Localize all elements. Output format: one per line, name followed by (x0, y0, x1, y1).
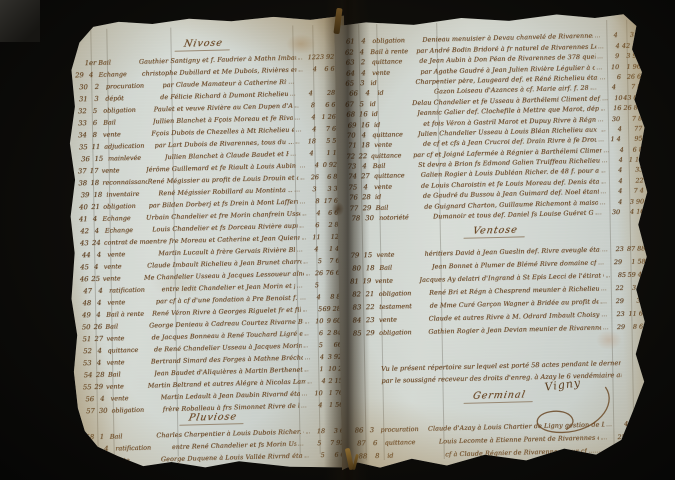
entry-day: 2 (356, 59, 369, 66)
act-type: vente (102, 263, 148, 271)
fee-column-1: 5 (311, 452, 325, 459)
act-type: Bail à rente (104, 310, 152, 318)
entry-number: 41 (75, 216, 89, 223)
entry-day: 1er (85, 60, 97, 67)
entry-number: 49 (78, 312, 93, 319)
entry-day: 4 (357, 70, 370, 77)
dotted-leader (305, 358, 309, 359)
entry-number: 79 (344, 252, 361, 259)
entry-day: 28 (360, 194, 373, 201)
fee-column-1: 26 (306, 174, 319, 181)
fee-column-1: 4 (308, 210, 320, 217)
dotted-leader (601, 182, 606, 183)
entry-day: 18 (363, 265, 378, 272)
act-description: Dumanoir et tous def. Daniel fs Louise G… (433, 210, 594, 221)
act-type: contrat de mar. (102, 239, 149, 247)
fee-column-1: 5 (305, 440, 321, 447)
fee-column-2: 7 6 (316, 126, 337, 134)
fee-column-1: 4 (304, 246, 319, 253)
fee-column-1: 85 (612, 272, 626, 279)
entry-day: 4 (94, 288, 107, 295)
fee-column-1: 4 (306, 162, 319, 169)
dotted-leader (601, 302, 606, 303)
entry-number: 52 (79, 348, 94, 355)
fee-column-1: 4 (598, 84, 616, 91)
act-type: id (367, 100, 412, 108)
entry-day: 4 (360, 90, 376, 97)
entry-number: 65 (340, 80, 356, 87)
entry-day: 4 (93, 312, 105, 319)
dotted-leader (299, 70, 303, 71)
dotted-leader (302, 394, 307, 395)
entry-number: 54 (79, 372, 94, 379)
dotted-leader (304, 370, 308, 371)
entry-number: 62 (339, 49, 355, 56)
fee-column-1: 30 (605, 115, 620, 122)
dotted-leader (302, 238, 306, 239)
act-type: obligation (109, 406, 162, 414)
entry-day: 4 (91, 264, 102, 271)
entry-day: 28 (94, 372, 106, 379)
fee-column-1: 4 (314, 378, 326, 385)
fee-column-1: 4 (608, 126, 622, 133)
entry-number: 60 (82, 458, 98, 465)
dotted-leader (602, 250, 607, 251)
act-type: vente (105, 298, 156, 306)
fee-column-2: 1 58 (622, 258, 647, 266)
entry-number: 85 (346, 330, 363, 337)
fee-column-1: 10 (311, 318, 323, 325)
fee-column-1: 6 (306, 222, 319, 229)
fee-column-1: 4 (607, 199, 622, 206)
dotted-leader (601, 172, 606, 173)
fee-column-1: 11 (308, 234, 321, 241)
dotted-leader (301, 406, 306, 407)
act-type: vente (377, 316, 429, 324)
act-type: quittance (370, 131, 418, 139)
entry-number: 61 (339, 39, 357, 46)
entry-number: 48 (77, 300, 93, 307)
act-type: obligation (370, 37, 422, 45)
act-type: Bail (108, 432, 157, 440)
dotted-leader (305, 322, 309, 323)
act-type: adjudication (102, 142, 155, 150)
dotted-leader (300, 298, 305, 299)
fee-column-1: 5 (309, 306, 322, 313)
fee-column-1: 22 (608, 285, 624, 292)
dotted-leader (602, 315, 607, 316)
entry-day: 24 (91, 240, 102, 247)
entry-day: 16 (358, 122, 372, 129)
entry-day: 18 (359, 142, 373, 149)
fee-column-2: 3 3 (316, 186, 338, 194)
entry-number: 30 (72, 84, 90, 91)
entry-number: 57 (80, 408, 97, 415)
month-header-text: Germinal (463, 389, 534, 404)
act-type: id (372, 120, 423, 128)
fee-column-1: 10 (609, 95, 622, 102)
act-type: notoriété (377, 214, 433, 222)
dotted-leader (600, 109, 605, 110)
entry-number: 42 (76, 228, 91, 235)
fee-column-1: 20 (606, 447, 624, 454)
fee-column-2: 2 8 (319, 222, 339, 230)
dotted-leader (295, 119, 300, 120)
month-header-text: Nivose (174, 37, 231, 52)
fee-column-1: 26 (311, 270, 323, 277)
entry-number: 50 (78, 324, 92, 331)
fee-column-2: 3 58 (623, 284, 647, 292)
dotted-leader (603, 328, 608, 329)
entry-day: 15 (361, 252, 374, 259)
fee-column-2: 59 40 (626, 271, 647, 279)
fee-column-1: 29 (610, 324, 625, 331)
fee-column-2: 95 (621, 136, 644, 144)
fee-column-1: 4 (303, 126, 317, 133)
entry-number: 36 (74, 156, 92, 163)
fee-column-1: 23 (609, 246, 624, 253)
entry-day: 1 (96, 434, 108, 441)
act-type: testament (377, 303, 430, 311)
dotted-leader (300, 226, 304, 227)
fee-column-2: 4 16 (620, 208, 645, 216)
act-type: quittance (383, 439, 439, 447)
entry-day: 26 (92, 324, 103, 331)
fee-column-2: 1 4 (318, 246, 340, 254)
dotted-leader (297, 287, 302, 288)
fee-column-1: 1 4 (605, 136, 620, 143)
entry-number: 46 (77, 276, 91, 283)
entry-day: 6 (368, 440, 383, 447)
act-type: vente (374, 251, 424, 259)
dotted-leader (603, 99, 607, 100)
act-type: id (368, 79, 415, 87)
fee-column-2: 7 4 (622, 188, 645, 196)
entry-day: 4 (93, 360, 104, 367)
fee-column-1: 4 (613, 421, 628, 428)
fee-column-1: 18 (302, 138, 316, 145)
dotted-leader (601, 289, 606, 290)
dotted-leader (306, 432, 310, 433)
entry-day: 2 (90, 84, 104, 91)
act-type: vente (104, 383, 148, 391)
dotted-leader (597, 58, 602, 59)
scanned-register-photo: Nivose1erBailGauthier Santigny et f. Fau… (0, 0, 675, 480)
fee-column-1: 4 (297, 90, 313, 97)
fee-column-1: 8 (307, 198, 320, 205)
fee-column-1: 4 (302, 114, 316, 121)
dotted-leader (300, 166, 304, 167)
fee-column-2: 0 92 (319, 162, 338, 169)
fee-column-1: 12 (304, 54, 316, 61)
entry-number: 35 (73, 144, 89, 151)
act-type: vente (110, 456, 161, 464)
fee-column-1: 29 (608, 298, 624, 305)
dotted-leader (302, 214, 306, 215)
entry-number: 64 (340, 70, 357, 77)
act-type: Bail (103, 323, 149, 331)
act-description: George Duquene à Louis Vallée Rivrnd éta… (161, 453, 302, 464)
fee-column-1: 30 (603, 209, 620, 216)
fee-column-2: 33 (622, 167, 644, 175)
act-type: id (385, 451, 445, 459)
act-type: vente (104, 334, 151, 342)
entry-day: 4 (89, 216, 100, 223)
entry-number: 32 (72, 108, 88, 115)
fee-column-2: 7 8 (620, 115, 643, 123)
entry-day: 27 (359, 173, 372, 180)
act-type: vente (372, 183, 421, 191)
dotted-leader (305, 274, 309, 275)
entry-number: 70 (341, 132, 357, 139)
fee-column-2: 3 90 (622, 198, 645, 206)
entry-number: 33 (73, 120, 89, 127)
entry-day: 4 (91, 228, 103, 235)
fee-column-1: 4 (297, 150, 313, 157)
entry-number: 63 (340, 60, 357, 67)
fee-column-1: 18 (312, 428, 325, 435)
fee-column-2: 42 36 (620, 42, 642, 50)
dotted-leader (303, 310, 307, 311)
entry-number: 67 (341, 101, 356, 108)
handwritten-entries-left: Nivose1erBailGauthier Santigny et f. Fau… (71, 35, 346, 466)
entry-number: 78 (343, 215, 362, 222)
fee-column-2: 1 13 (623, 156, 644, 164)
fee-column-2: 6 6 (315, 102, 337, 110)
act-type: Bail (371, 162, 419, 170)
entry-day: 23 (363, 317, 377, 324)
entry-number: 84 (346, 317, 364, 324)
paper-right: 614obligationDenieau menuisier à Devau c… (334, 7, 660, 474)
act-type: vente (105, 250, 158, 258)
fee-column-2: 3 3 (624, 297, 648, 305)
month-header-text: Ventose (463, 224, 526, 239)
fee-column-2: 1 10 (628, 420, 650, 428)
fee-column-2: 26 80 (621, 105, 643, 113)
act-type: Bail (374, 203, 425, 211)
entry-day: 29 (360, 205, 374, 212)
entry-number: 55 (80, 384, 94, 391)
dotted-leader (296, 131, 301, 132)
fee-column-2: 2 (624, 446, 651, 454)
entry-number: 86 (348, 427, 365, 434)
fee-column-1: 9 (604, 53, 619, 60)
entry-number: 47 (77, 288, 94, 295)
fee-column-1: 4 (608, 178, 623, 185)
fee-column-2: 3 5 (618, 32, 642, 40)
entry-day: 16 (357, 111, 370, 118)
entry-day: 8 (369, 453, 385, 460)
dotted-leader (304, 456, 309, 457)
paper-left: Nivose1erBailGauthier Santigny et f. Fau… (62, 11, 352, 473)
fee-column-1: 4 (609, 157, 623, 164)
act-description: cf à Claude Régnier de Rivarennes pour c… (445, 448, 587, 458)
act-type: Echange (100, 215, 146, 223)
entry-number: 75 (343, 184, 360, 191)
fee-column-1: 4 (308, 402, 323, 409)
entry-number: 39 (75, 192, 92, 199)
entry-number: 77 (343, 205, 360, 212)
fee-column-2: 43 08 (622, 94, 642, 101)
act-type: quittance (369, 58, 419, 66)
entry-number: 81 (345, 278, 361, 285)
entry-day: 4 (94, 348, 106, 355)
dotted-leader (295, 143, 300, 144)
act-type: ratification (107, 286, 162, 294)
entry-day: 17 (88, 168, 99, 175)
act-type: vente (108, 394, 160, 402)
fee-column-1: 4 (602, 32, 618, 39)
entry-number: 87 (349, 440, 368, 447)
entry-day: 4 (356, 38, 370, 45)
fee-column-2: 17 6 (319, 198, 339, 206)
entry-day: 3 (89, 96, 103, 103)
entry-number: 71 (342, 143, 359, 150)
act-type: quittance (372, 172, 421, 180)
fee-column-1: 4 (608, 167, 623, 174)
entry-number: 68 (341, 111, 357, 118)
fee-column-1: 5 (304, 282, 319, 289)
fee-column-1: 4 (305, 66, 317, 73)
dotted-leader (600, 203, 605, 204)
entry-number: 74 (342, 174, 359, 181)
act-type: vente (100, 167, 147, 175)
act-type: vente (372, 141, 423, 149)
fee-column-1: 6 (310, 330, 323, 337)
fee-column-2: 6 6 (317, 66, 336, 73)
dotted-leader (598, 263, 603, 264)
fee-column-2: 6 8 (319, 174, 339, 182)
handwritten-entries-right: 614obligationDenieau menuisier à Devau c… (339, 28, 651, 460)
act-type: procuration (378, 426, 428, 434)
act-type: Bail (96, 59, 139, 67)
entry-number: 29 (71, 72, 85, 79)
entry-number: 31 (72, 96, 90, 103)
entry-number: 56 (80, 396, 96, 403)
entry-day: 22 (357, 153, 369, 160)
fee-column-2: 2 (625, 433, 650, 441)
entry-day: 4 (86, 72, 97, 79)
dotted-leader (599, 141, 604, 142)
fee-column-2: 6 8 (624, 146, 644, 153)
dotted-leader (606, 276, 611, 277)
entry-day: 29 (363, 330, 377, 337)
dotted-leader (599, 47, 604, 48)
entry-number: 83 (345, 304, 363, 311)
dotted-leader (597, 68, 602, 69)
dotted-leader (602, 161, 607, 162)
dotted-leader (601, 193, 606, 194)
act-type: obligation (377, 290, 430, 298)
act-type: Bail à rente (368, 48, 416, 56)
fee-column-2: 1 1 (313, 150, 337, 158)
entry-day: 4 (357, 132, 370, 139)
fee-column-1: 8 (301, 102, 315, 109)
dotted-leader (308, 382, 312, 383)
fee-column-2: 3 96 (619, 53, 642, 61)
fee-column-2: 23 92 (316, 54, 335, 62)
entry-number: 76 (343, 195, 360, 202)
dotted-leader (591, 89, 597, 90)
entry-day: 4 (96, 396, 109, 403)
dotted-leader (604, 151, 608, 152)
entry-number: 37 (74, 168, 89, 175)
entry-day: 30 (97, 408, 110, 415)
fee-column-2: 11 68 (624, 310, 647, 318)
act-type: id (373, 193, 423, 201)
entry-number: 40 (75, 204, 90, 211)
entry-number: 73 (342, 163, 358, 170)
act-type: dépôt (103, 94, 160, 102)
entry-day: 5 (356, 101, 368, 108)
fee-column-1: 16 (607, 105, 621, 112)
entry-day: 6 (89, 120, 102, 127)
act-type: inventaire (104, 190, 158, 198)
entry-number: 34 (73, 132, 89, 139)
act-type: Echange (96, 71, 141, 79)
entry-day: 5 (89, 108, 102, 115)
dotted-leader (595, 37, 600, 38)
entry-number: 80 (345, 265, 363, 272)
act-type: vente (101, 275, 144, 283)
act-type: quittance (105, 346, 154, 354)
fee-column-1: 3 (302, 186, 317, 193)
entry-number: 43 (76, 240, 91, 247)
entry-number: 45 (76, 264, 90, 271)
entry-day: 27 (93, 336, 104, 343)
act-type: obligation (101, 203, 149, 211)
dotted-leader (298, 445, 303, 446)
dotted-leader (589, 451, 604, 452)
dotted-leader (297, 251, 302, 252)
entry-day: 18 (91, 192, 104, 199)
entry-number: 72 (342, 153, 357, 160)
entry-number: 53 (79, 360, 94, 367)
dotted-leader (596, 213, 602, 214)
entry-day: 8 (89, 132, 101, 139)
fee-column-1: 23 (609, 311, 625, 318)
entry-day: 29 (93, 384, 104, 391)
fee-column-2: 8 62 (625, 323, 648, 331)
act-type: Bail (377, 264, 432, 272)
entry-day: 4 (356, 49, 369, 56)
act-type: quittance (369, 152, 414, 160)
entry-number: 59 (81, 446, 99, 453)
fee-column-1: 1 (310, 366, 323, 373)
act-type: Bail (101, 118, 153, 126)
fee-column-1: 29 (606, 259, 622, 266)
fee-column-1: 4 (311, 354, 324, 361)
entry-day: 4 (97, 458, 109, 465)
entry-number: 44 (76, 252, 93, 259)
fee-column-2: 7 8 (616, 84, 642, 92)
entry-day: 19 (361, 278, 373, 285)
fee-column-1: 6 (607, 74, 621, 81)
entry-day: 4 (358, 163, 371, 170)
entry-day: 15 (92, 156, 106, 163)
entry-day: 3 (356, 80, 369, 87)
entry-day: 4 (93, 300, 105, 307)
dotted-leader (600, 78, 605, 79)
entry-day: 21 (363, 291, 377, 298)
entry-number: 82 (345, 291, 363, 298)
dotted-leader (295, 191, 300, 192)
act-type: vente (373, 277, 420, 285)
entry-day: 30 (362, 215, 377, 222)
act-type: Echange (103, 226, 153, 234)
act-type: Bail (106, 370, 154, 378)
entry-day: 22 (363, 304, 377, 311)
